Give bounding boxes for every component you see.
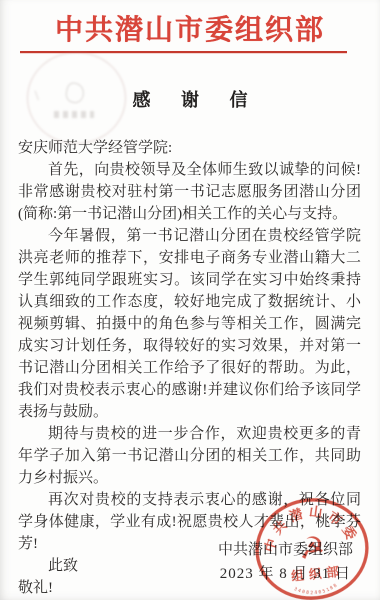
paragraph-1: 首先，向贵校领导及全体师生致以诚挚的问候!非常感谢贵校对驻村第一书记志愿服务团潜… — [18, 159, 361, 225]
letterhead-title: 中共潜山市委组织部 — [0, 8, 380, 48]
paragraph-2: 今年暑假，第一书记潜山分团在贵校经管学院洪亮老师的推荐下，安排电子商务专业潜山籍… — [18, 225, 361, 423]
paragraph-3: 期待与贵校的进一步合作，欢迎贵校更多的青年学子加入第一书记潜山分团的相关工作，共… — [18, 423, 361, 489]
letter-title: 感 谢 信 — [0, 86, 380, 112]
letter-page: 中共潜山市委组织部 感 谢 信 安庆师范大学经管学院: 首先，向贵校领导及全体师… — [0, 0, 380, 600]
watermark-smudge — [54, 111, 94, 118]
salutation: 安庆师范大学经管学院: — [18, 137, 361, 159]
seal-center-label: 组织部 — [290, 563, 344, 583]
official-seal: 中共潜山市委 ☭ 组织部 34082405188 — [248, 490, 376, 600]
hammer-sickle-icon: ☭ — [297, 530, 327, 567]
